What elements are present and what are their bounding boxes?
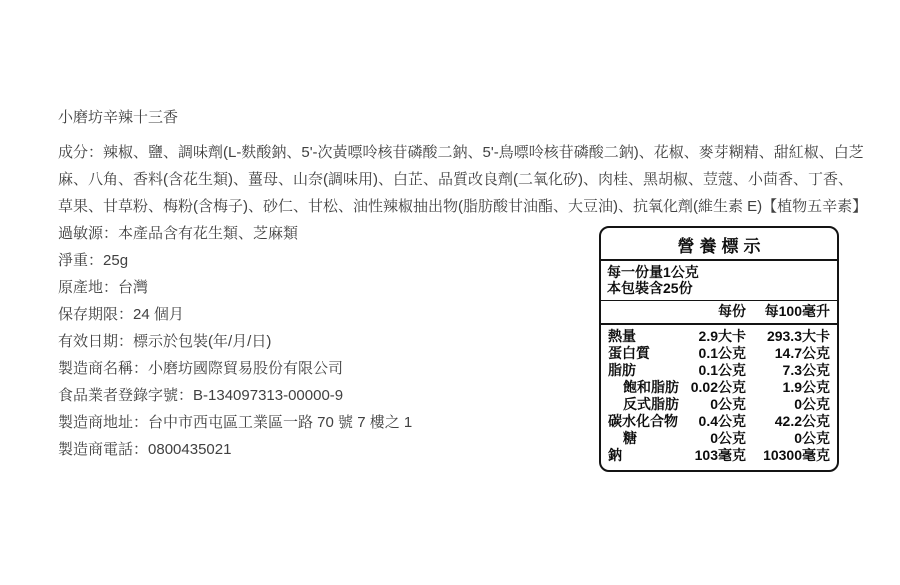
- nutrient-per-serving: 103毫克: [684, 447, 746, 464]
- nutrient-per-100ml: 1.9公克: [746, 379, 830, 396]
- field-value: B-134097313-00000-9: [193, 387, 343, 404]
- field-label: 製造商地址：: [58, 414, 148, 431]
- empty-header-cell: [608, 303, 684, 320]
- nutrient-row-carbohydrate: 碳水化合物 0.4公克 42.2公克: [601, 413, 837, 430]
- nutrient-per-100ml: 293.3大卡: [746, 328, 830, 345]
- product-title: 小磨坊辛辣十三香: [58, 104, 866, 131]
- nutrient-name: 反式脂肪: [608, 396, 684, 413]
- nutrient-name: 蛋白質: [608, 345, 684, 362]
- field-label: 淨重：: [58, 252, 103, 269]
- field-label: 有效日期：: [58, 333, 133, 350]
- nutrient-per-serving: 0.1公克: [684, 345, 746, 362]
- field-value: 小磨坊國際貿易股份有限公司: [148, 360, 343, 377]
- nutrient-per-serving: 0公克: [684, 396, 746, 413]
- servings-per-pack: 本包裝含25份: [607, 280, 831, 296]
- field-label: 製造商名稱：: [58, 360, 148, 377]
- field-label: 成分：: [58, 144, 103, 161]
- field-value: 25g: [103, 252, 128, 269]
- nutrient-name: 脂肪: [608, 362, 684, 379]
- nutrient-per-100ml: 0公克: [746, 430, 830, 447]
- nutrient-per-serving: 0.02公克: [684, 379, 746, 396]
- nutrient-row-saturated-fat: 飽和脂肪 0.02公克 1.9公克: [601, 379, 837, 396]
- nutrient-row-sodium: 鈉 103毫克 10300毫克: [601, 447, 837, 464]
- nutrition-title: 營養標示: [601, 228, 837, 261]
- nutrient-per-100ml: 7.3公克: [746, 362, 830, 379]
- field-value: 0800435021: [148, 441, 231, 458]
- nutrient-name: 鈉: [608, 447, 684, 464]
- serving-size: 每一份量1公克: [607, 264, 831, 280]
- nutrient-per-100ml: 10300毫克: [746, 447, 830, 464]
- nutrient-per-100ml: 0公克: [746, 396, 830, 413]
- field-value: 辣椒、鹽、調味劑(L-麩酸鈉、5'-次黃嘌呤核苷磷酸二鈉、5'-鳥嘌呤核苷磷酸二…: [58, 144, 867, 215]
- nutrition-column-headers: 每份 每100毫升: [601, 301, 837, 325]
- nutrient-row-fat: 脂肪 0.1公克 7.3公克: [601, 362, 837, 379]
- nutrient-per-100ml: 14.7公克: [746, 345, 830, 362]
- field-value: 台中市西屯區工業區一路 70 號 7 樓之 1: [148, 414, 412, 431]
- field-value: 24 個月: [133, 306, 184, 323]
- nutrient-row-calories: 熱量 2.9大卡 293.3大卡: [601, 328, 837, 345]
- nutrient-per-serving: 2.9大卡: [684, 328, 746, 345]
- product-info-page: 小磨坊辛辣十三香 成分：辣椒、鹽、調味劑(L-麩酸鈉、5'-次黃嘌呤核苷磷酸二鈉…: [0, 0, 900, 585]
- field-label: 過敏源：: [58, 225, 118, 242]
- nutrient-per-serving: 0.4公克: [684, 413, 746, 430]
- nutrient-row-sugar: 糖 0公克 0公克: [601, 430, 837, 447]
- nutrition-serving-info: 每一份量1公克 本包裝含25份: [601, 261, 837, 301]
- field-ingredients: 成分：辣椒、鹽、調味劑(L-麩酸鈉、5'-次黃嘌呤核苷磷酸二鈉、5'-鳥嘌呤核苷…: [58, 139, 866, 220]
- field-value: 標示於包裝(年/月/日): [133, 333, 271, 350]
- col-per-100ml: 每100毫升: [746, 303, 830, 320]
- field-label: 保存期限：: [58, 306, 133, 323]
- nutrient-per-serving: 0.1公克: [684, 362, 746, 379]
- field-value: 本產品含有花生類、芝麻類: [118, 225, 298, 242]
- nutrient-name: 碳水化合物: [608, 413, 684, 430]
- field-value: 台灣: [118, 279, 148, 296]
- nutrient-name: 糖: [608, 430, 684, 447]
- nutrition-rows: 熱量 2.9大卡 293.3大卡 蛋白質 0.1公克 14.7公克 脂肪 0.1…: [601, 325, 837, 470]
- field-label: 食品業者登錄字號：: [58, 387, 193, 404]
- nutrient-row-trans-fat: 反式脂肪 0公克 0公克: [601, 396, 837, 413]
- nutrient-per-serving: 0公克: [684, 430, 746, 447]
- nutrient-row-protein: 蛋白質 0.1公克 14.7公克: [601, 345, 837, 362]
- nutrient-name: 飽和脂肪: [608, 379, 684, 396]
- col-per-serving: 每份: [684, 303, 746, 320]
- nutrition-facts-table: 營養標示 每一份量1公克 本包裝含25份 每份 每100毫升 熱量 2.9大卡 …: [599, 226, 839, 472]
- field-label: 製造商電話：: [58, 441, 148, 458]
- field-label: 原產地：: [58, 279, 118, 296]
- nutrient-per-100ml: 42.2公克: [746, 413, 830, 430]
- nutrient-name: 熱量: [608, 328, 684, 345]
